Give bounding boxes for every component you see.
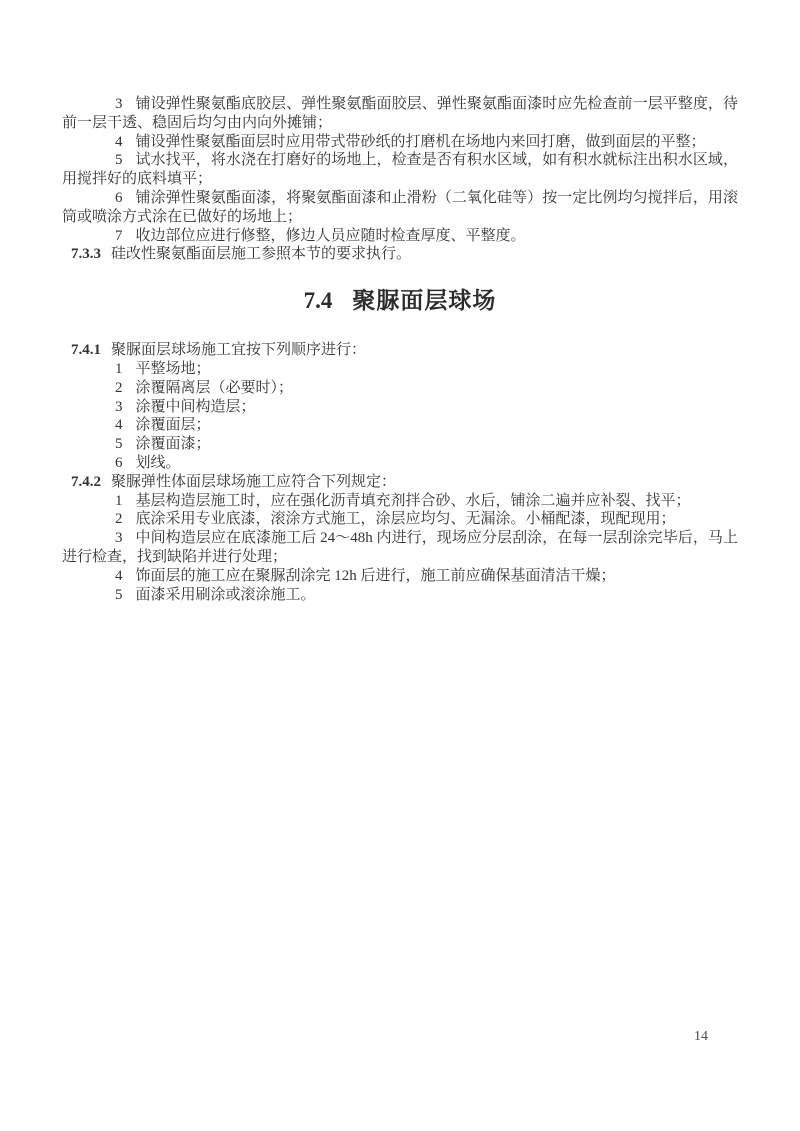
page-number: 14 [694,1029,708,1044]
list-item: 5涂覆面漆； [62,435,738,454]
item-number: 3 [115,530,123,546]
clause-text: 聚脲面层球场施工宜按下列顺序进行： [111,342,366,358]
item-number: 3 [115,96,123,112]
list-item: 4饰面层的施工应在聚脲刮涂完 12h 后进行，施工前应确保基面清洁干燥； [62,567,738,586]
item-text: 涂覆中间构造层； [136,399,256,415]
item-text: 基层构造层施工时，应在强化沥青填充剂拌合砂、水后，铺涂二遍并应补裂、找平； [136,493,691,509]
item-text: 涂覆隔离层（必要时）； [136,380,294,396]
page-footer: 14 [694,1029,708,1045]
item-number: 2 [115,511,123,527]
list-item: 4铺设弹性聚氨酯面层时应用带式带砂纸的打磨机在场地内来回打磨，做到面层的平整； [62,133,738,152]
list-item: 6铺涂弹性聚氨酯面漆，将聚氨酯面漆和止滑粉（二氧化硅等）按一定比例均匀搅拌后，用… [62,189,738,227]
clause-text: 聚脲弹性体面层球场施工应符合下列规定： [111,474,396,490]
heading-title: 聚脲面层球场 [352,288,496,313]
item-text: 底涂采用专业底漆，滚涂方式施工，涂层应均匀、无漏涂。小桶配漆，现配现用； [136,511,676,527]
item-number: 5 [115,587,123,603]
item-text: 铺设弹性聚氨酯面层时应用带式带砂纸的打磨机在场地内来回打磨，做到面层的平整； [136,134,706,150]
list-item: 4涂覆面层； [62,416,738,435]
item-text: 铺涂弹性聚氨酯面漆，将聚氨酯面漆和止滑粉（二氧化硅等）按一定比例均匀搅拌后，用滚… [62,190,738,225]
item-number: 7 [115,228,123,244]
item-text: 平整场地； [136,361,211,377]
clause-7-4-2: 7.4.2聚脲弹性体面层球场施工应符合下列规定： [62,473,738,492]
clause-7-3-3: 7.3.3硅改性聚氨酯面层施工参照本节的要求执行。 [62,245,738,264]
item-number: 1 [115,493,123,509]
item-number: 4 [115,134,123,150]
item-number: 1 [115,361,123,377]
list-item: 2底涂采用专业底漆，滚涂方式施工，涂层应均匀、无漏涂。小桶配漆，现配现用； [62,510,738,529]
clause-number: 7.4.1 [71,342,101,358]
document-body: 3铺设弹性聚氨酯底胶层、弹性聚氨酯面胶层、弹性聚氨酯面漆时应先检查前一层平整度，… [62,95,738,604]
item-number: 2 [115,380,123,396]
item-number: 6 [115,190,123,206]
list-item: 6划线。 [62,454,738,473]
item-number: 4 [115,417,123,433]
clause-number: 7.3.3 [71,246,101,262]
list-item: 2涂覆隔离层（必要时）； [62,379,738,398]
list-item: 7收边部位应进行修整，修边人员应随时检查厚度、平整度。 [62,227,738,246]
item-text: 中间构造层应在底漆施工后 24～48h 内进行，现场应分层刮涂，在每一层刮涂完毕… [62,530,738,565]
list-item: 3涂覆中间构造层； [62,398,738,417]
list-item: 1平整场地； [62,360,738,379]
item-text: 划线。 [136,455,181,471]
heading-number: 7.4 [304,288,333,313]
item-text: 涂覆面漆； [136,436,211,452]
list-item: 5面漆采用刷涂或滚涂施工。 [62,586,738,605]
item-text: 收边部位应进行修整，修边人员应随时检查厚度、平整度。 [136,228,526,244]
clause-7-4-1: 7.4.1聚脲面层球场施工宜按下列顺序进行： [62,341,738,360]
item-text: 饰面层的施工应在聚脲刮涂完 12h 后进行，施工前应确保基面清洁干燥； [136,568,616,584]
item-number: 5 [115,152,123,168]
list-item: 3铺设弹性聚氨酯底胶层、弹性聚氨酯面胶层、弹性聚氨酯面漆时应先检查前一层平整度，… [62,95,738,133]
section-heading-7-4: 7.4聚脲面层球场 [62,287,738,315]
item-text: 面漆采用刷涂或滚涂施工。 [136,587,316,603]
list-item: 3中间构造层应在底漆施工后 24～48h 内进行，现场应分层刮涂，在每一层刮涂完… [62,529,738,567]
item-number: 5 [115,436,123,452]
item-number: 6 [115,455,123,471]
item-text: 铺设弹性聚氨酯底胶层、弹性聚氨酯面胶层、弹性聚氨酯面漆时应先检查前一层平整度，待… [62,96,738,131]
clause-7-4-2-block: 7.4.2聚脲弹性体面层球场施工应符合下列规定： 1基层构造层施工时，应在强化沥… [62,473,738,605]
clause-text: 硅改性聚氨酯面层施工参照本节的要求执行。 [111,246,411,262]
list-item: 1基层构造层施工时，应在强化沥青填充剂拌合砂、水后，铺涂二遍并应补裂、找平； [62,492,738,511]
item-number: 4 [115,568,123,584]
document-page: { "page": { "number": "14" }, "doc": { "… [0,0,800,1131]
item-text: 涂覆面层； [136,417,211,433]
clause-number: 7.4.2 [71,474,101,490]
list-item: 5试水找平，将水浇在打磨好的场地上，检查是否有积水区域，如有积水就标注出积水区域… [62,151,738,189]
item-text: 试水找平，将水浇在打磨好的场地上，检查是否有积水区域，如有积水就标注出积水区域，… [62,152,738,187]
clause-list-continuation: 3铺设弹性聚氨酯底胶层、弹性聚氨酯面胶层、弹性聚氨酯面漆时应先检查前一层平整度，… [62,95,738,245]
item-number: 3 [115,399,123,415]
clause-7-4-1-block: 7.4.1聚脲面层球场施工宜按下列顺序进行： 1平整场地； 2涂覆隔离层（必要时… [62,341,738,473]
